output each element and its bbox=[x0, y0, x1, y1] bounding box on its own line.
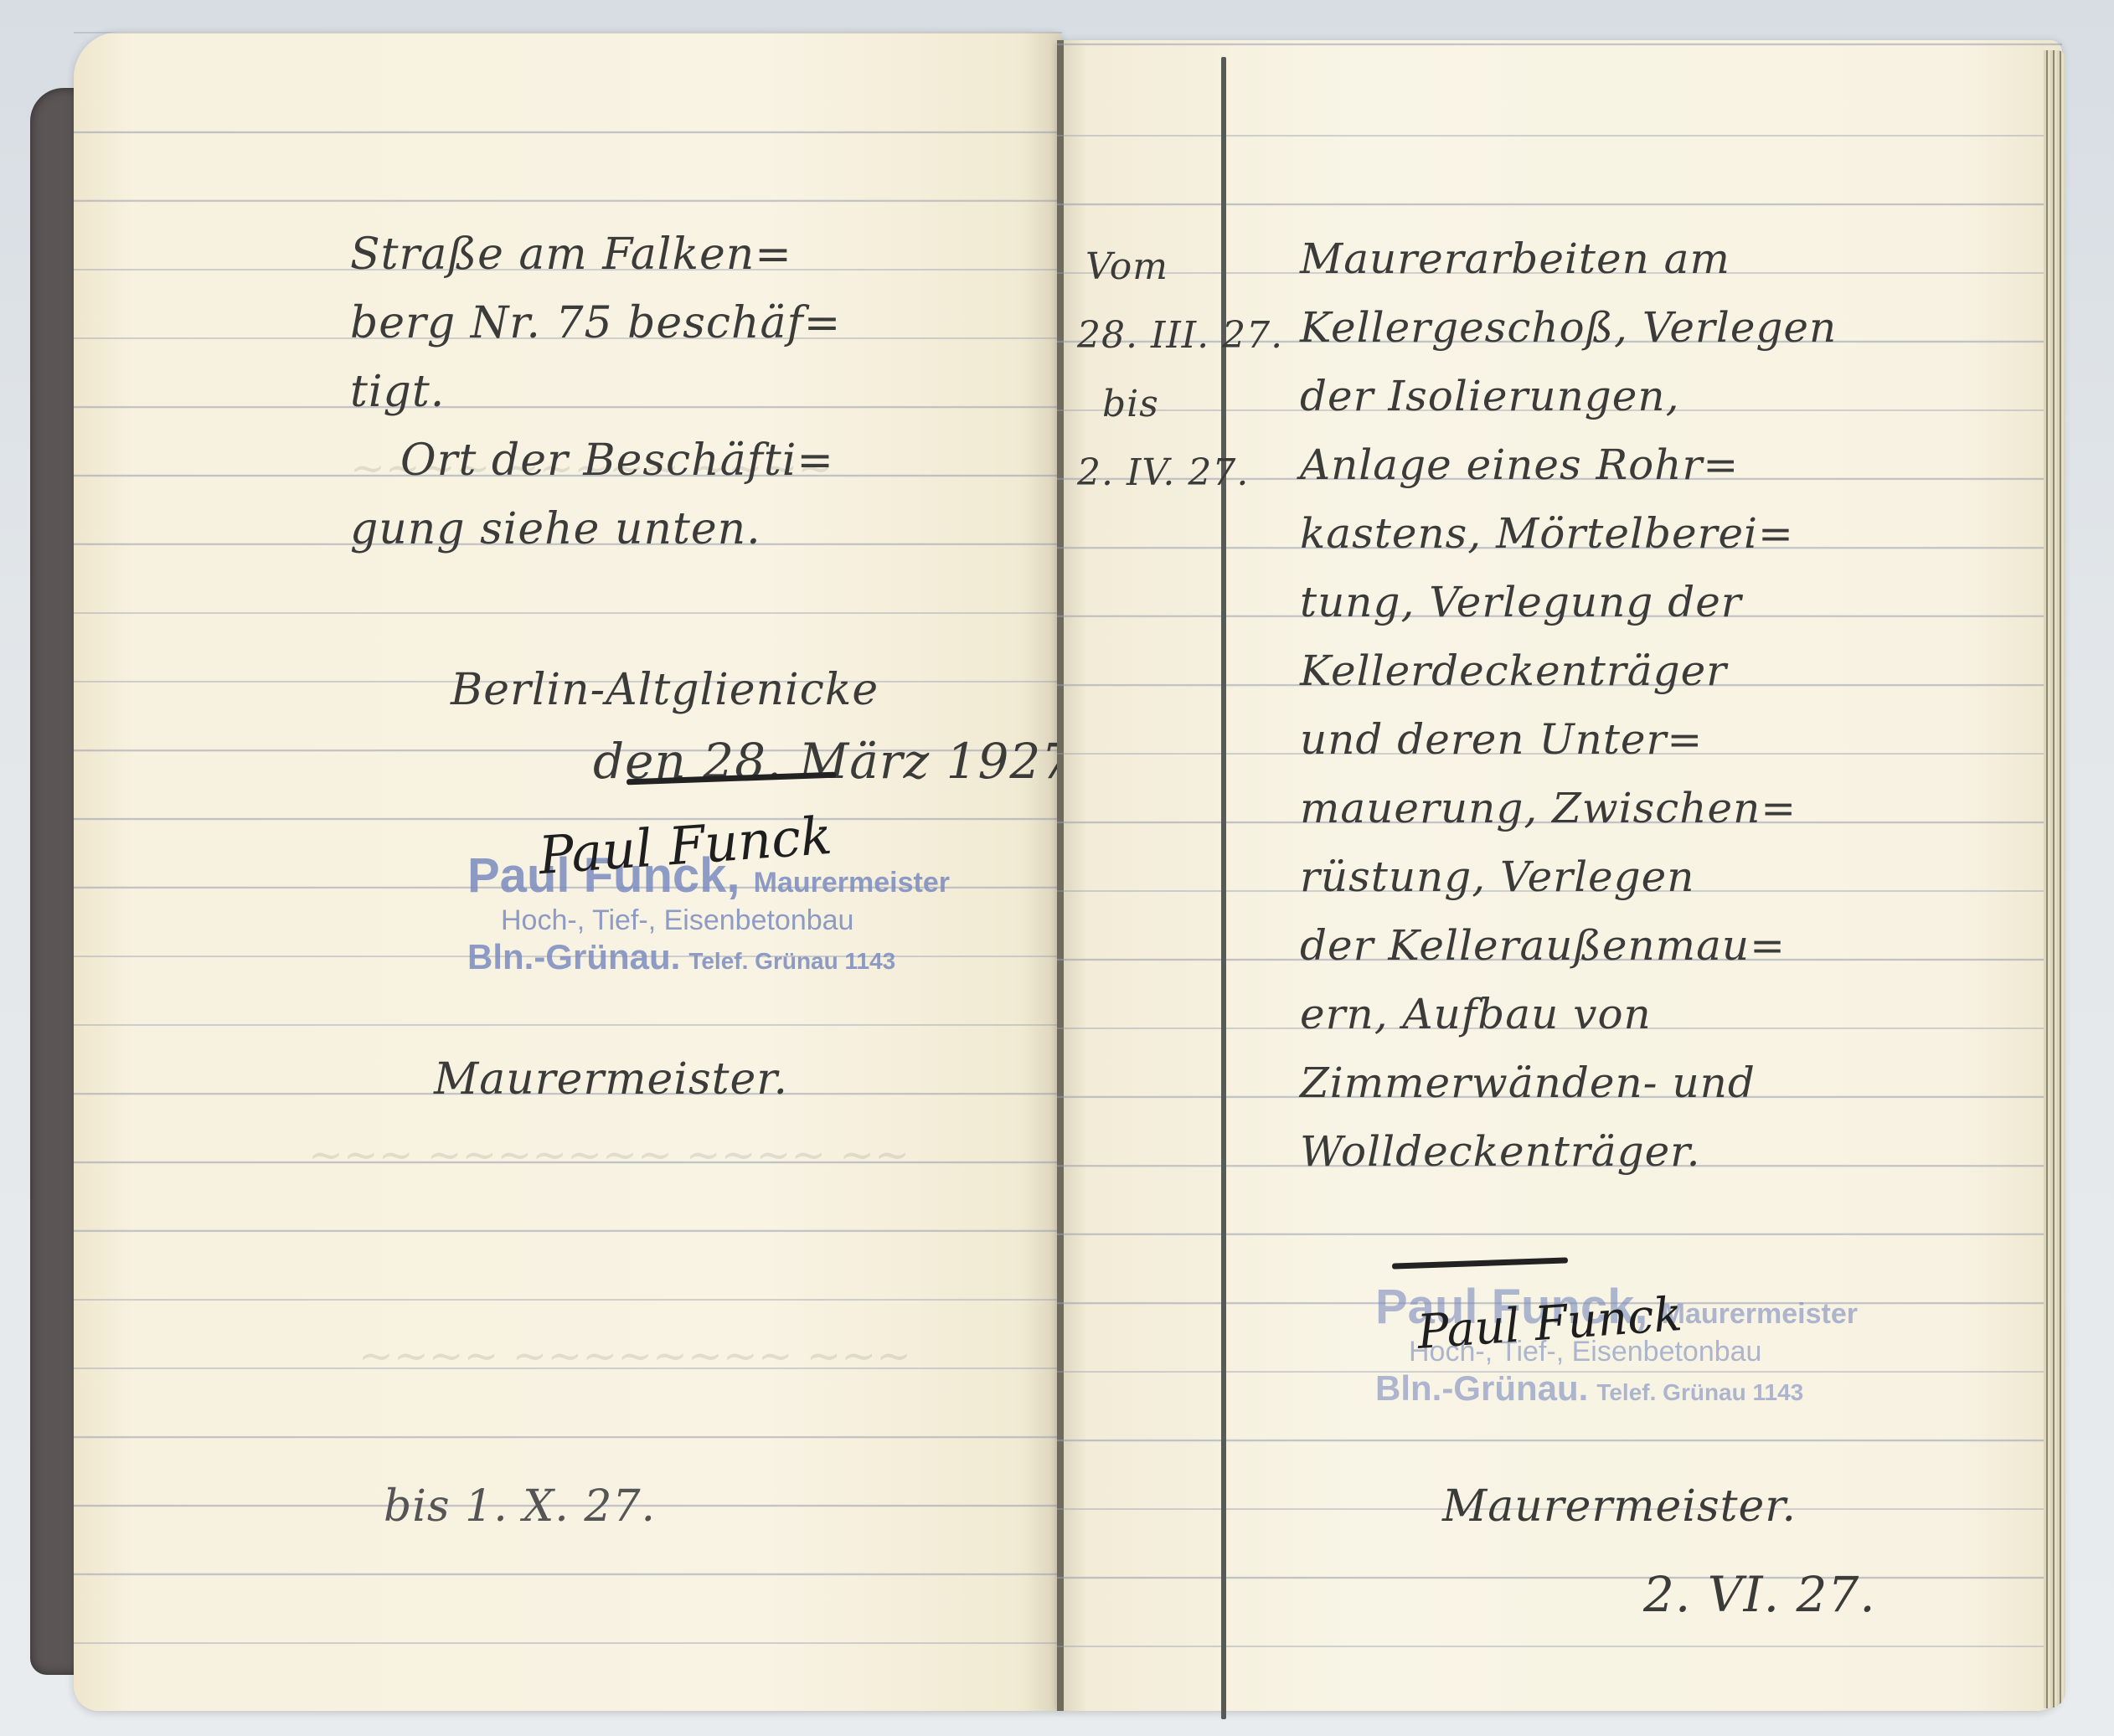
stamp-line2: Hoch-, Tief-, Eisenbetonbau bbox=[467, 904, 950, 937]
date-column: Vom 28. III. 27. bis 2. IV. 27. bbox=[1077, 233, 1283, 507]
text-line: Straße am Falken= bbox=[350, 220, 841, 289]
closing-date-line: 2. VI. 27. bbox=[1643, 1560, 1876, 1629]
text-line: ern, Aufbau von bbox=[1300, 980, 1837, 1048]
stamp-phone: Telef. Grünau 1143 bbox=[688, 948, 895, 974]
text-line: Ort der Beschäfti= bbox=[350, 426, 841, 495]
text-line: der Isolierungen, bbox=[1300, 362, 1837, 430]
role-line: Maurermeister. bbox=[1442, 1472, 1797, 1541]
text-line: Anlage eines Rohr= bbox=[1300, 430, 1837, 499]
text-line: rüstung, Verlegen bbox=[1300, 842, 1837, 911]
text-line: Kellerdeckenträger bbox=[1300, 636, 1837, 705]
date-column-line: Vom bbox=[1077, 233, 1283, 301]
date-column-line: bis bbox=[1077, 370, 1283, 439]
stamp-title: Maurermeister bbox=[754, 867, 950, 899]
text-line: berg Nr. 75 beschäf= bbox=[350, 289, 841, 358]
text-line: Kellergeschoß, Verlegen bbox=[1300, 293, 1837, 362]
date-column-line: 2. IV. 27. bbox=[1077, 439, 1283, 507]
text-line: Wolldeckenträger. bbox=[1300, 1117, 1837, 1186]
date-line: den 28. März 1927. bbox=[593, 727, 1090, 796]
place-line: Berlin-Altglienicke bbox=[451, 656, 879, 724]
date-column-line: 28. III. 27. bbox=[1077, 301, 1283, 370]
left-body-text: Straße am Falken= berg Nr. 75 beschäf= t… bbox=[350, 220, 841, 564]
text-line: tung, Verlegung der bbox=[1300, 568, 1837, 636]
text-line: tigt. bbox=[350, 358, 841, 426]
left-page: ~~~~ ~~~~~ ~~~~ ~~~ ~~~~~~~ ~~~~ ~~ ~~~~… bbox=[74, 32, 1062, 1711]
right-body-text: Maurerarbeiten am Kellergeschoß, Verlege… bbox=[1300, 224, 1837, 1186]
text-line: der Kelleraußenmau= bbox=[1300, 911, 1837, 980]
stamp-city: Bln.-Grünau. bbox=[467, 937, 680, 976]
stamp-city: Bln.-Grünau. bbox=[1375, 1368, 1588, 1408]
signature-stroke bbox=[1392, 1257, 1568, 1269]
right-page: Vom 28. III. 27. bis 2. IV. 27. Maurerar… bbox=[1057, 40, 2062, 1711]
text-line: gung siehe unten. bbox=[350, 495, 841, 564]
page-gutter bbox=[1057, 40, 1064, 1711]
text-line: Zimmerwänden- und bbox=[1300, 1048, 1837, 1117]
text-line: und deren Unter= bbox=[1300, 705, 1837, 774]
bleed-through-text: ~~~ ~~~~~~~ ~~~~ ~~ bbox=[308, 1120, 910, 1189]
stamp-title: Maurermeister bbox=[1662, 1298, 1858, 1330]
bleed-through-text: ~~~~ ~~~~~~~~ ~~~ bbox=[358, 1321, 911, 1390]
text-line: mauerung, Zwischen= bbox=[1300, 774, 1837, 842]
text-line: Maurerarbeiten am bbox=[1300, 224, 1837, 293]
page-stack-edge bbox=[2044, 50, 2065, 1708]
text-line: kastens, Mörtelberei= bbox=[1300, 499, 1837, 568]
footer-date-line: bis 1. X. 27. bbox=[384, 1472, 656, 1541]
role-line: Maurermeister. bbox=[434, 1045, 788, 1114]
stamp-phone: Telef. Grünau 1143 bbox=[1596, 1379, 1803, 1405]
